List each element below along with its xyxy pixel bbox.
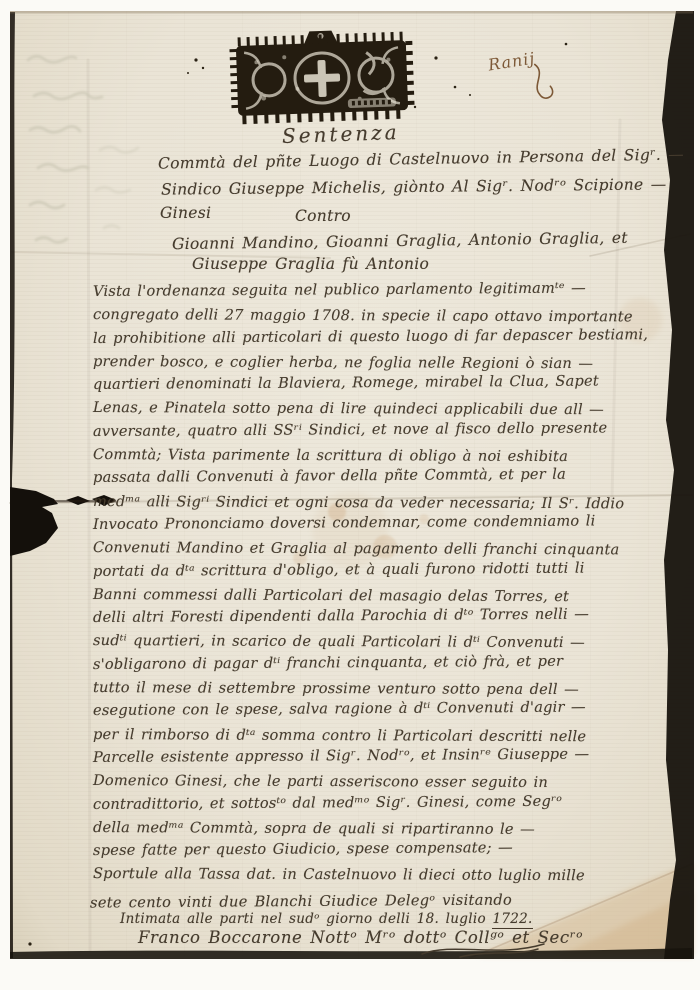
manuscript-line: la prohibitione alli particolari di ques… xyxy=(93,323,668,350)
manuscript-line: Sportule alla Tassa dat. in Castelnuovo … xyxy=(93,862,668,888)
intimation-text: Intimata alle parti nel sudᵒ giorno dell… xyxy=(120,911,492,927)
manuscript-line: delli altri Foresti dipendenti dalla Par… xyxy=(93,602,668,629)
document-title: Sentenza xyxy=(282,120,400,148)
scanned-document: Ranij Sentenza Commtà del pñte Luogo di … xyxy=(0,0,700,990)
manuscript-line: spese fatte per questo Giudicio, spese c… xyxy=(93,835,668,862)
manuscript-line: contradittorio, et sottosᵗᵒ dal medᵐᵒ Si… xyxy=(93,789,668,816)
manuscript-line: avversante, quatro alli SSʳⁱ Sindici, et… xyxy=(93,416,668,443)
intimation-line: Intimata alle parti nel sudᵒ giorno dell… xyxy=(120,911,533,927)
manuscript-line: s'obligarono di pagar dᵗⁱ franchi cinqua… xyxy=(93,649,668,676)
manuscript-line: passata dalli Convenuti à favor della pñ… xyxy=(93,462,668,489)
defendants-line-2: Giuseppe Graglia fù Antonio xyxy=(192,255,429,273)
tax-stamp xyxy=(225,27,418,129)
annotation-flourish xyxy=(515,58,568,111)
closing-line-date: sete cento vinti due Blanchi Giudice Del… xyxy=(90,892,512,912)
signature-flourish xyxy=(420,940,550,960)
versus-label: Contro xyxy=(295,207,351,225)
manuscript-line: Invocato Prononciamo doversi condemnar, … xyxy=(93,509,668,536)
intimation-year: 1722. xyxy=(492,911,532,929)
manuscript-line: esegutione con le spese, salva ragione à… xyxy=(93,695,668,722)
manuscript-line: portati da dᵗᵃ scrittura d'obligo, et à … xyxy=(93,556,668,583)
manuscript-line: Parcelle esistente appresso il Sigʳ. Nod… xyxy=(93,742,668,769)
plaintiff-name: Ginesi xyxy=(160,204,211,222)
manuscript-line: Vista l'ordenanza seguita nel publico pa… xyxy=(93,276,668,303)
manuscript-line: quartieri denominati la Blaviera, Romege… xyxy=(93,369,668,396)
body-text: Vista l'ordenanza seguita nel publico pa… xyxy=(93,280,668,886)
